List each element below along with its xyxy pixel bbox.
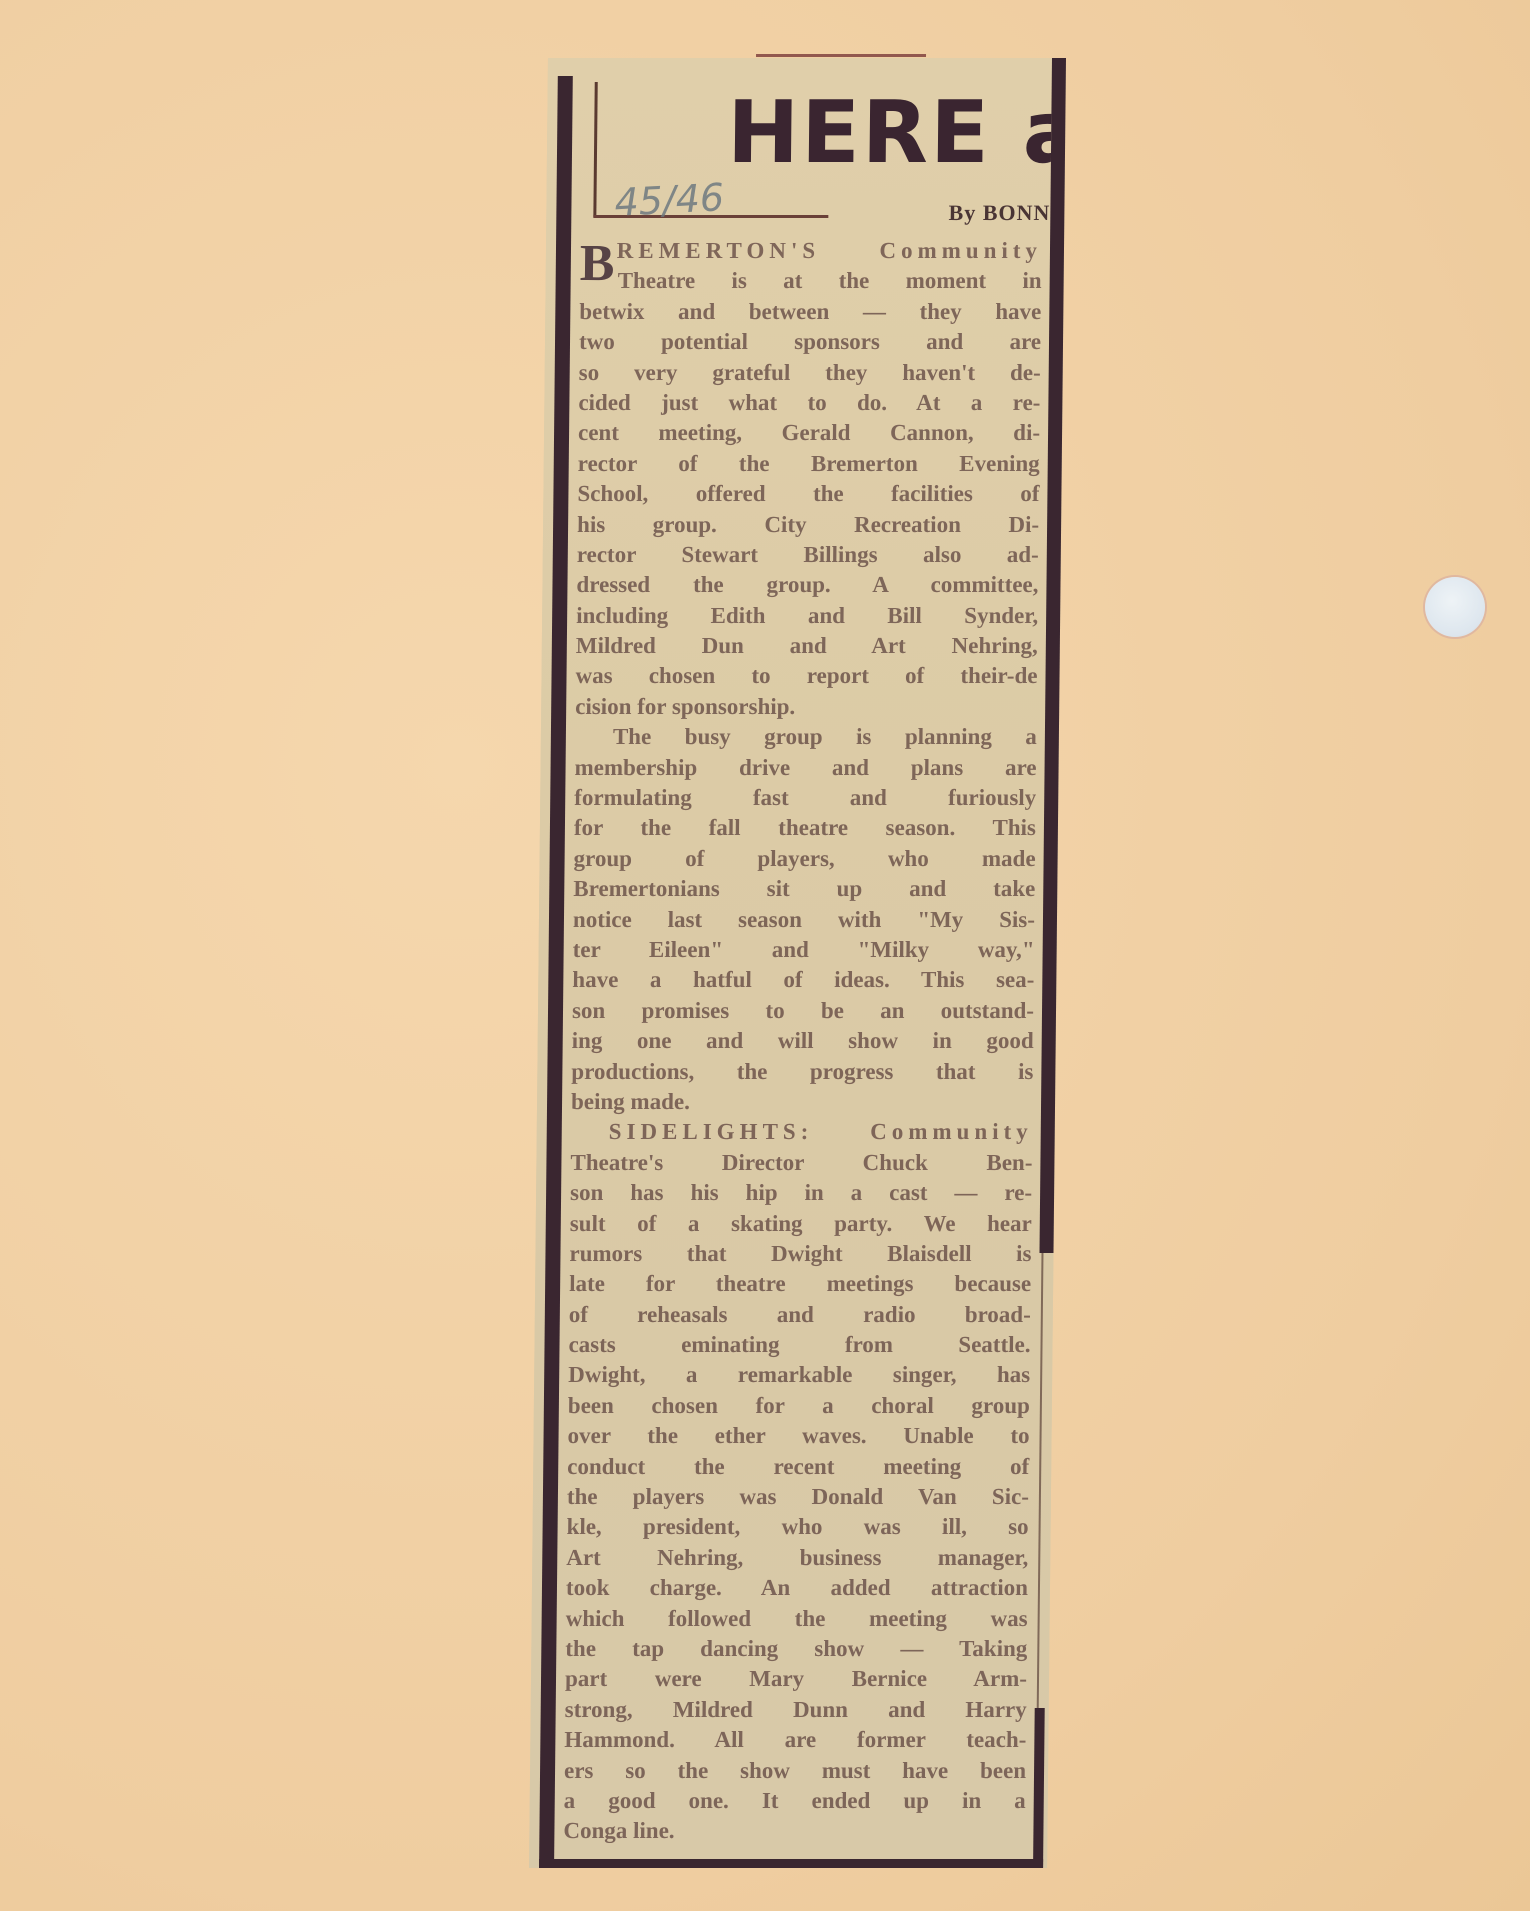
article-line: been chosen for a choral group: [568, 1391, 1030, 1421]
article-line: cent meeting, Gerald Cannon, di-: [578, 418, 1040, 448]
border-bottom: [539, 1859, 1043, 1868]
article-line: have a hatful of ideas. This sea-: [572, 965, 1034, 995]
article-line: cision for sponsorship.: [575, 692, 1037, 722]
article-line: School, offered the facilities of: [577, 479, 1039, 509]
headline: HERE an: [727, 90, 1052, 176]
article-line: the tap dancing show — Taking: [565, 1634, 1027, 1664]
article-line: formulating fast and furiously: [574, 783, 1036, 813]
handwritten-annotation: 45/46: [614, 175, 725, 225]
article-line: Art Nehring, business manager,: [566, 1543, 1028, 1573]
newspaper-clipping: HERE an 45/46 By BONN BREMERTON'S Commun…: [529, 58, 1066, 1868]
article-line: casts eminating from Seattle.: [568, 1330, 1030, 1360]
article-line: ter Eileen" and "Milky way,": [572, 935, 1034, 965]
article-line: Bremertonians sit up and take: [573, 874, 1035, 904]
drop-cap: B: [580, 244, 615, 284]
article-line: a good one. It ended up in a: [564, 1786, 1026, 1816]
article-line: betwix and between — they have: [579, 297, 1041, 327]
article-line: dressed the group. A committee,: [576, 570, 1038, 600]
article-line: membership drive and plans are: [574, 753, 1036, 783]
binder-hole: [1425, 577, 1485, 637]
article-line: son promises to be an outstand-: [572, 996, 1034, 1026]
article-line: strong, Mildred Dunn and Harry: [565, 1695, 1027, 1725]
article-line: his group. City Recreation Di-: [577, 510, 1039, 540]
article-line: including Edith and Bill Synder,: [576, 601, 1038, 631]
article-line: notice last season with "My Sis-: [573, 905, 1035, 935]
article-line: late for theatre meetings because: [569, 1269, 1031, 1299]
article-line: was chosen to report of their-de: [575, 661, 1037, 691]
article-line: son has his hip in a cast — re-: [570, 1178, 1032, 1208]
article-line: Theatre's Director Chuck Ben-: [570, 1148, 1032, 1178]
article-line: part were Mary Bernice Arm-: [565, 1664, 1027, 1694]
article-line: of reheasals and radio broad-: [569, 1300, 1031, 1330]
article-body: BREMERTON'S CommunityTheatre is at the m…: [563, 236, 1042, 1847]
article-line: The busy group is planning a: [575, 722, 1037, 752]
article-line: Hammond. All are former teach-: [564, 1725, 1026, 1755]
top-rule: [756, 54, 926, 57]
article-line: rumors that Dwight Blaisdell is: [569, 1239, 1031, 1269]
article-line: being made.: [571, 1087, 1033, 1117]
article-line: Conga line.: [563, 1816, 1025, 1846]
article-line: ers so the show must have been: [564, 1756, 1026, 1786]
article-line: two potential sponsors and are: [579, 327, 1041, 357]
article-line: rector Stewart Billings also ad-: [577, 540, 1039, 570]
article-line: cided just what to do. At a re-: [578, 388, 1040, 418]
byline: By BONN: [948, 200, 1050, 226]
article-line: sult of a skating party. We hear: [570, 1209, 1032, 1239]
article-line: SIDELIGHTS: Community: [571, 1117, 1033, 1147]
article-line: kle, president, who was ill, so: [566, 1512, 1028, 1542]
article-line: Mildred Dun and Art Nehring,: [576, 631, 1038, 661]
article-line: conduct the recent meeting of: [567, 1452, 1029, 1482]
article-line: Theatre is at the moment in: [579, 266, 1041, 296]
article-line: for the fall theatre season. This: [574, 813, 1036, 843]
article-line: REMERTON'S Community: [580, 236, 1042, 266]
article-line: the players was Donald Van Sic-: [567, 1482, 1029, 1512]
article-line: took charge. An added attraction: [566, 1573, 1028, 1603]
article-line: Dwight, a remarkable singer, has: [568, 1360, 1030, 1390]
border-right-lower: [1033, 1708, 1045, 1868]
article-line: group of players, who made: [573, 844, 1035, 874]
article-line: rector of the Bremerton Evening: [578, 449, 1040, 479]
article-line: productions, the progress that is: [571, 1057, 1033, 1087]
article-line: over the ether waves. Unable to: [567, 1421, 1029, 1451]
article-line: which followed the meeting was: [565, 1604, 1027, 1634]
article-line: so very grateful they haven't de-: [579, 358, 1041, 388]
article-line: ing one and will show in good: [572, 1026, 1034, 1056]
